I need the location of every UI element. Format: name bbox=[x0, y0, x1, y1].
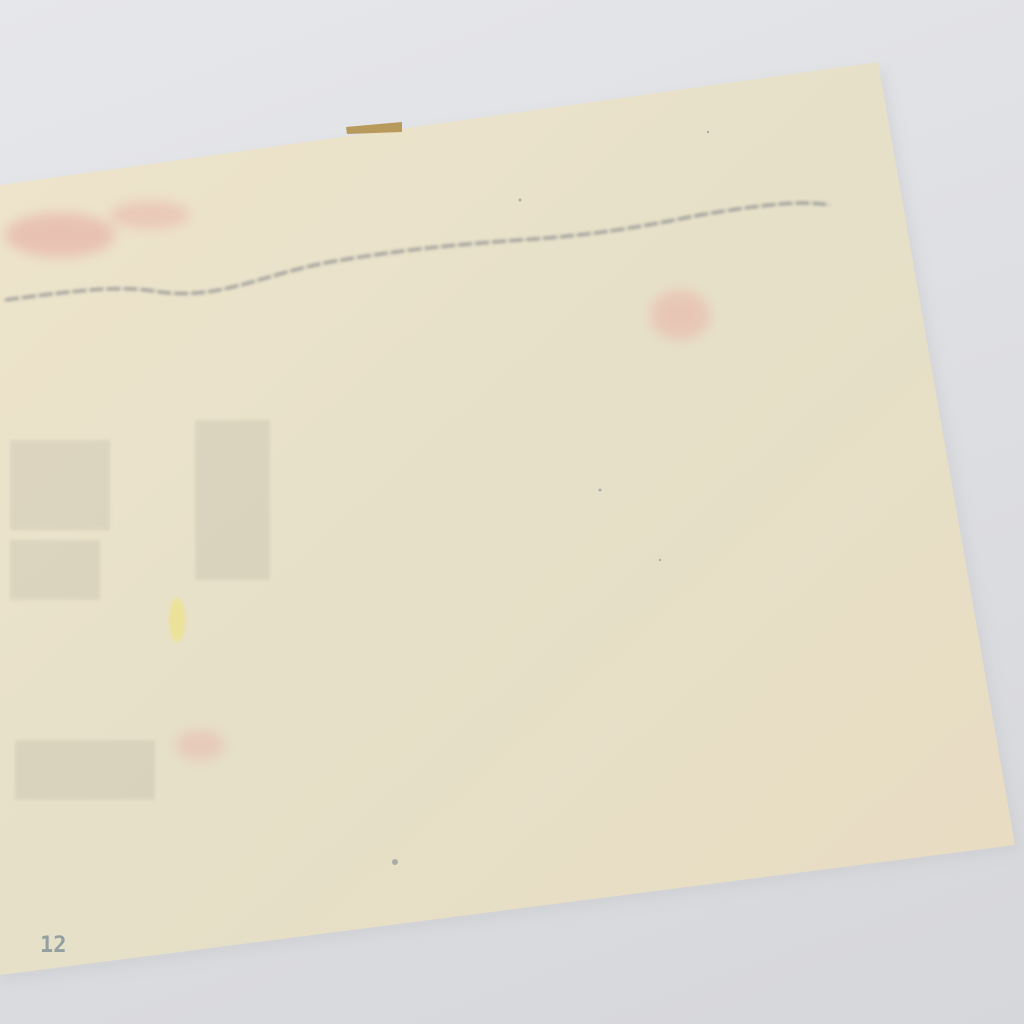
photo-scene: 12 bbox=[0, 0, 1024, 1024]
tape-piece bbox=[346, 122, 402, 134]
paper-sheet bbox=[0, 62, 1015, 975]
paper-illustration: 12 bbox=[0, 0, 1024, 1024]
page-number: 12 bbox=[40, 933, 67, 958]
yellow-mark bbox=[169, 598, 185, 642]
